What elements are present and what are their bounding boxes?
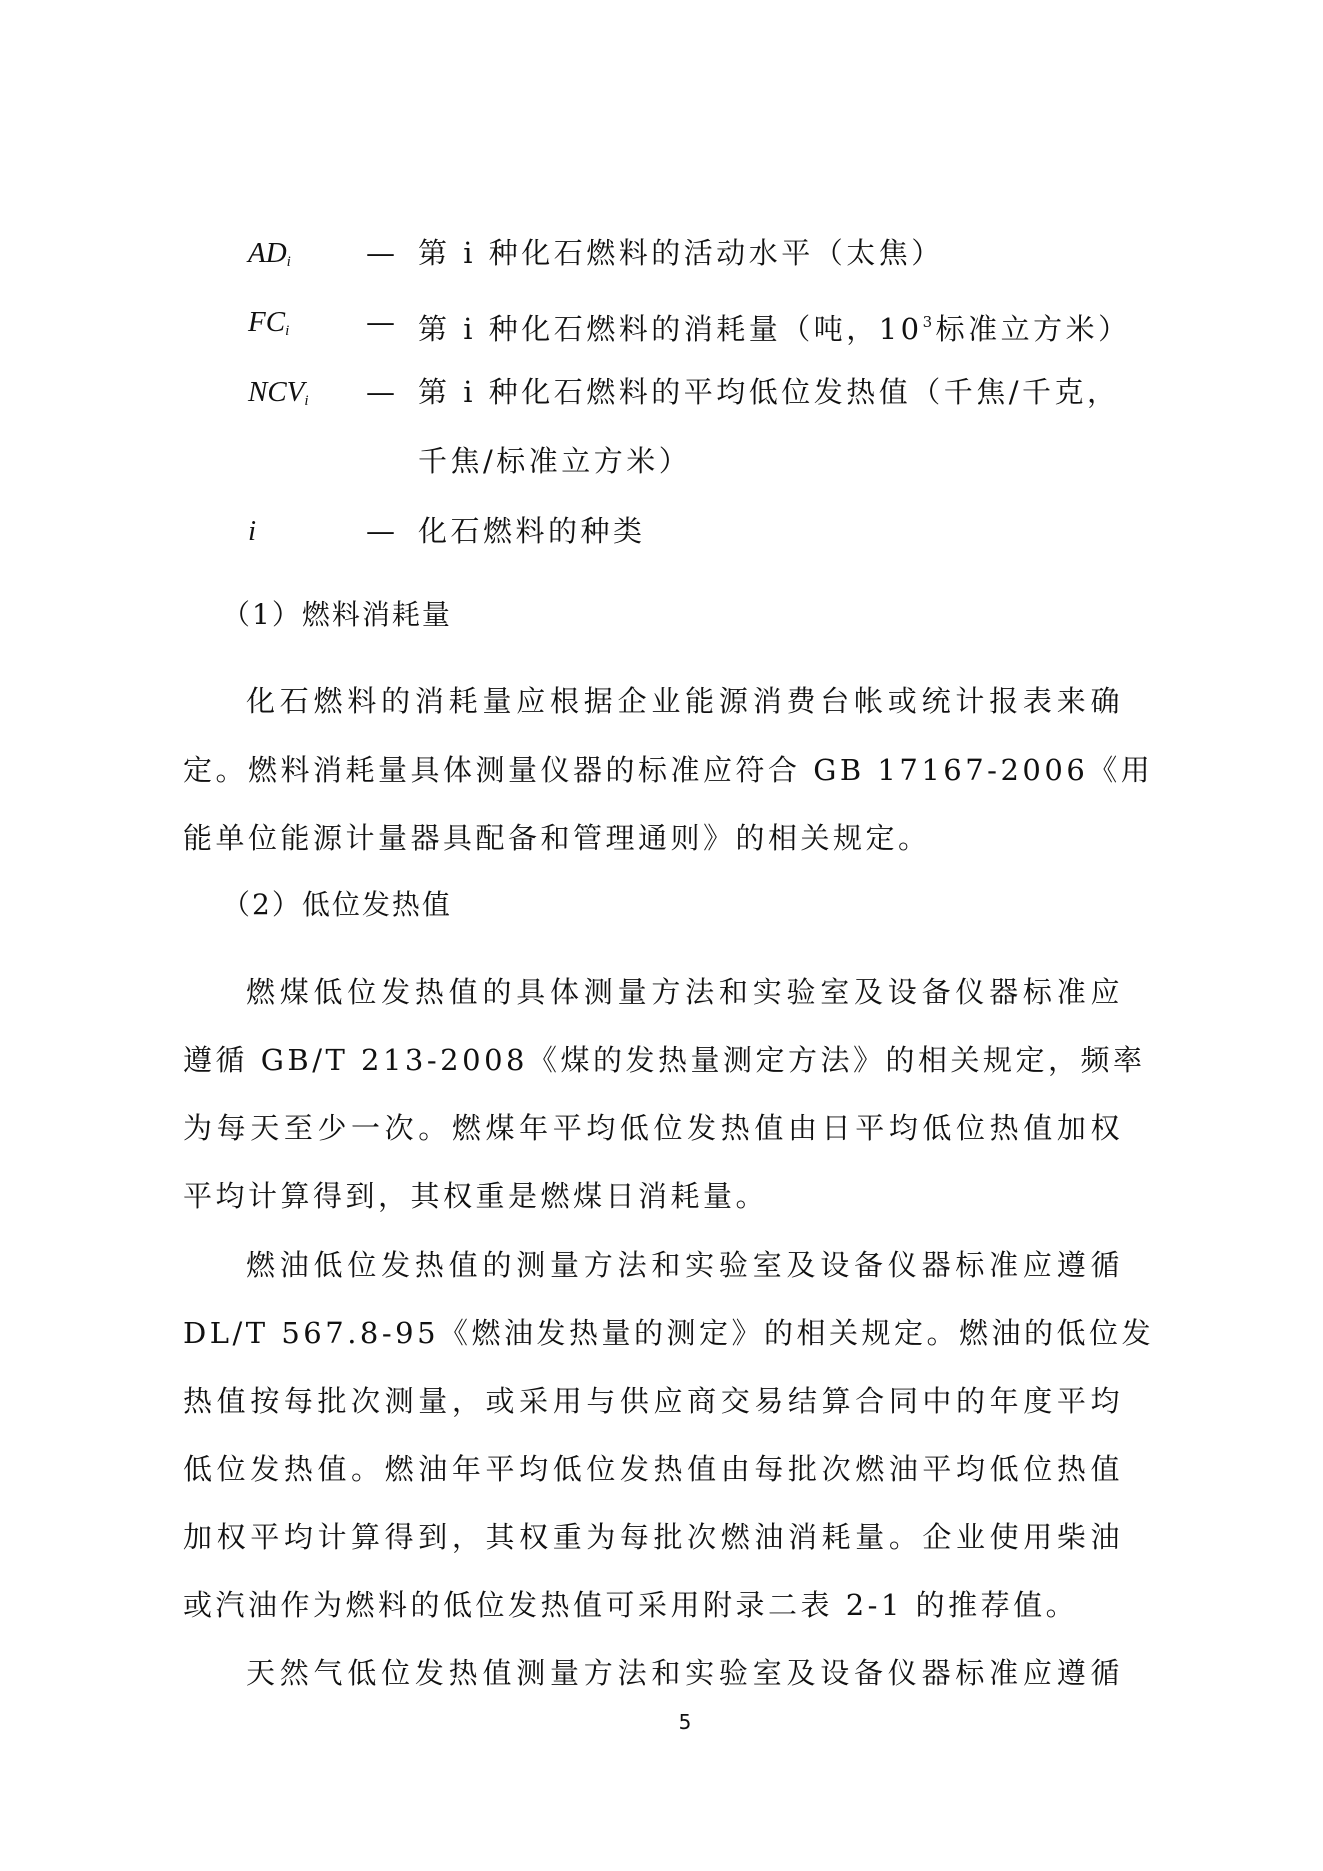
definition-text: 第 i 种化石燃料的消耗量（吨，103标准立方米） — [418, 302, 1131, 349]
section-heading: （1）燃料消耗量 — [222, 595, 452, 635]
paragraph-line: 遵循 GB/T 213-2008《煤的发热量测定方法》的相关规定，频率 — [183, 1040, 1123, 1080]
definition-text: 第 i 种化石燃料的活动水平（太焦） — [418, 233, 944, 273]
definition-text: 第 i 种化石燃料的平均低位发热值（千焦/千克， — [418, 372, 1119, 412]
paragraph-line: 燃油低位发热值的测量方法和实验室及设备仪器标准应遵循 — [246, 1245, 1123, 1285]
symbol-ncv: NCVi — [248, 372, 309, 421]
definition-text-continuation: 千焦/标准立方米） — [418, 441, 691, 481]
definition-text: 化石燃料的种类 — [418, 511, 646, 551]
definition-dash: — — [366, 302, 395, 342]
paragraph-line: 加权平均计算得到，其权重为每批次燃油消耗量。企业使用柴油 — [183, 1517, 1123, 1557]
section-heading: （2）低位发热值 — [222, 885, 452, 925]
page-number: 5 — [0, 1710, 1323, 1734]
paragraph-line: 燃煤低位发热值的具体测量方法和实验室及设备仪器标准应 — [246, 972, 1123, 1012]
symbol-fc: FCi — [248, 302, 289, 351]
paragraph-line: DL/T 567.8-95《燃油发热量的测定》的相关规定。燃油的低位发 — [183, 1313, 1123, 1353]
definition-dash: — — [366, 233, 395, 273]
paragraph-line: 热值按每批次测量，或采用与供应商交易结算合同中的年度平均 — [183, 1381, 1123, 1421]
symbol-i: i — [248, 511, 256, 551]
paragraph-line: 平均计算得到，其权重是燃煤日消耗量。 — [183, 1176, 1123, 1216]
paragraph-line: 化石燃料的消耗量应根据企业能源消费台帐或统计报表来确 — [246, 681, 1123, 721]
definition-dash: — — [366, 511, 395, 551]
symbol-ad: ADi — [248, 233, 291, 282]
paragraph-line: 低位发热值。燃油年平均低位发热值由每批次燃油平均低位热值 — [183, 1449, 1123, 1489]
paragraph-line: 或汽油作为燃料的低位发热值可采用附录二表 2-1 的推荐值。 — [183, 1585, 1123, 1625]
paragraph-line: 为每天至少一次。燃煤年平均低位发热值由日平均低位热值加权 — [183, 1108, 1123, 1148]
paragraph-line: 天然气低位发热值测量方法和实验室及设备仪器标准应遵循 — [246, 1653, 1123, 1693]
paragraph-line: 能单位能源计量器具配备和管理通则》的相关规定。 — [183, 818, 1123, 858]
definition-dash: — — [366, 372, 395, 412]
document-page: ADi — 第 i 种化石燃料的活动水平（太焦） FCi — 第 i 种化石燃料… — [0, 0, 1323, 1871]
paragraph-line: 定。燃料消耗量具体测量仪器的标准应符合 GB 17167-2006《用 — [183, 750, 1123, 790]
